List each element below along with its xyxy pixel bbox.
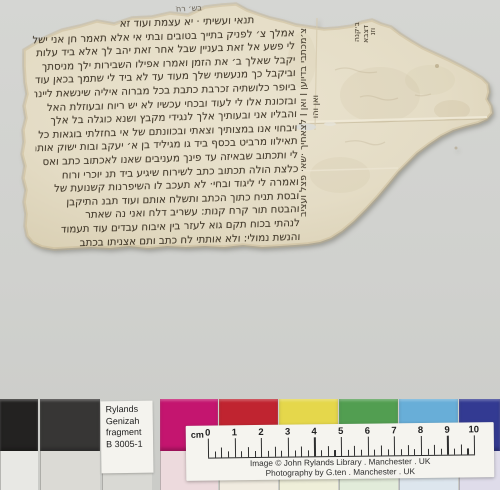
ruler-number: 2	[258, 427, 263, 438]
ruler-tick	[394, 436, 395, 455]
patch-pale-gray-2	[40, 451, 100, 490]
ruler-tick	[447, 436, 448, 455]
ruler-tick	[367, 437, 368, 456]
cm-ruler: cm 012345678910 Image © John Rylands Lib…	[186, 422, 495, 481]
label-line-4: B 3005-1	[106, 438, 153, 450]
patch-charcoal	[40, 399, 100, 451]
ruler-tick	[208, 439, 209, 458]
patch-pale-gray-1	[0, 451, 38, 490]
patch-black	[0, 399, 38, 451]
ruler-number: 7	[391, 425, 396, 436]
ruler-number: 8	[418, 425, 423, 436]
ruler-number: 9	[444, 425, 449, 436]
shelfmark-label: Rylands Genizah fragment B 3005-1	[100, 401, 153, 474]
ruler-number: 1	[232, 427, 237, 438]
paper-outline	[22, 4, 492, 249]
ruler-tick	[234, 438, 235, 457]
ruler-number: 10	[468, 424, 479, 435]
label-line-3: fragment	[106, 427, 153, 439]
ruler-number: 0	[205, 428, 210, 439]
ruler-tick	[341, 437, 342, 456]
ruler-tick	[421, 436, 422, 455]
ruler-number: 4	[311, 426, 316, 437]
ruler-tick	[261, 438, 262, 457]
ruler-tick	[474, 435, 475, 454]
photograph-of-genizah-fragment: בש׳ רחֹ תנאי ועשיתי · יא עצמת ועוד זאאמל…	[0, 0, 500, 490]
ruler-tick	[314, 437, 315, 456]
label-line-1: Rylands	[106, 404, 153, 416]
ruler-number: 6	[365, 426, 370, 437]
label-line-2: Genizah	[106, 415, 153, 427]
ruler-tick	[288, 438, 289, 457]
ruler-number: 5	[338, 426, 343, 437]
ruler-unit-label: cm	[191, 430, 204, 440]
ruler-number: 3	[285, 427, 290, 438]
